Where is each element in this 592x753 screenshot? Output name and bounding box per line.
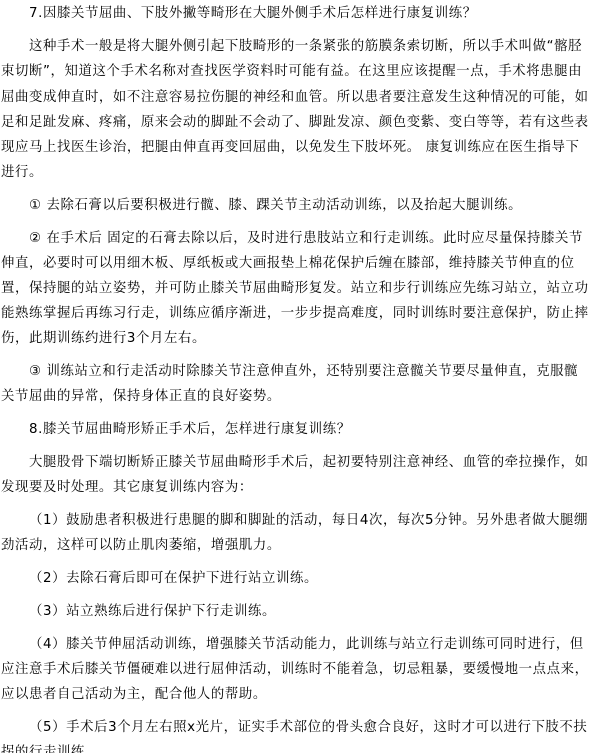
item-5: （5）手术后3个月左右照x光片，证实手术部位的骨头愈合良好，这时才可以进行下肢不… [29, 720, 587, 736]
step-1: ① 去除石膏以后要积极进行髋、膝、踝关节主动活动训练，以及抬起大腿训练。 [29, 198, 522, 214]
step-3: ③ 训练站立和行走活动时除膝关节注意伸直外，还特别要注意髋关节要尽量伸直，克服髋 [29, 364, 578, 380]
paragraph-line: 大腿股骨下端切断矫正膝关节屈曲畸形手术后，起初要特别注意神经、血管的牵拉操作，如 [29, 455, 589, 471]
article-body: 7.因膝关节屈曲、下肢外撇等畸形在大腿外侧手术后怎样进行康复训练？ 这种手术一般… [0, 0, 592, 753]
paragraph-line: 应以患者自己活动为主，配合他人的帮助。 [1, 687, 267, 703]
paragraph-line: 伸直，必要时可以用细木板、厚纸板或大画报垫上棉花保护后缠在膝部，维持膝关节伸直的… [1, 256, 575, 272]
paragraph-line: 应注意手术后膝关节僵硬难以进行屈伸活动，训练时不能着急，切忌粗暴，要缓慢地一点点… [1, 662, 589, 678]
section-heading-7: 7.因膝关节屈曲、下肢外撇等畸形在大腿外侧手术后怎样进行康复训练？ [29, 6, 477, 22]
paragraph-line: 束切断”，知道这个手术名称对查找医学资料时可能有益。在这里应该提醒一点，手术将患… [1, 64, 582, 80]
paragraph-line: 进行。 [1, 165, 43, 181]
paragraph-line: 劲活动，这样可以防止肌肉萎缩，增强肌力。 [1, 538, 281, 554]
section-heading-8: 8.膝关节屈曲畸形矫正手术后，怎样进行康复训练？ [29, 422, 351, 438]
paragraph-line: 伤，此期训练约进行3个月左右。 [1, 331, 206, 347]
paragraph-line: 现应马上找医生诊治，把腿由伸直再变回屈曲，以免发生下肢坏死。 康复训练应在医生指… [1, 140, 579, 156]
item-3: （3）站立熟练后进行保护下行走训练。 [29, 604, 276, 620]
step-2: ② 在手术后 固定的石膏去除以后，及时进行患肢站立和行走训练。此时应尽量保持膝关… [29, 231, 583, 247]
paragraph-line: 置，保持腿的站立姿势，并可防止膝关节屈曲畸形复发。站立和步行训练应先练习站立，站… [1, 281, 589, 297]
paragraph-line: 发现要及时处理。其它康复训练内容为： [1, 480, 253, 496]
paragraph-line: 拐的行走训练。 [1, 745, 99, 753]
item-4: （4）膝关节伸屈活动训练，增强膝关节活动能力，此训练与站立行走训练可同时进行，但 [29, 637, 584, 653]
paragraph-line: 足和足趾发麻、疼痛，原来会动的脚趾不会动了、脚趾发凉、颜色变紫、变白等等，若有这… [1, 115, 589, 131]
paragraph-line: 能熟练掌握后再练习行走，训练应循序渐进，一步步提高难度，同时训练时要注意保护，防… [1, 306, 589, 322]
item-1: （1）鼓励患者积极进行患腿的脚和脚趾的活动，每日4次，每次5分钟。另外患者做大腿… [29, 513, 588, 529]
paragraph-line: 屈曲变成伸直时，如不注意容易拉伤腿的神经和血管。所以患者要注意发生这种情况的可能… [1, 90, 589, 106]
paragraph-line: 这种手术一般是将大腿外侧引起下肢畸形的一条紧张的筋膜条索切断，所以手术叫做“髂胫 [29, 39, 582, 55]
paragraph-line: 关节屈曲的异常，保持身体正直的良好姿势。 [1, 389, 281, 405]
item-2: （2）去除石膏后即可在保护下进行站立训练。 [29, 571, 318, 587]
